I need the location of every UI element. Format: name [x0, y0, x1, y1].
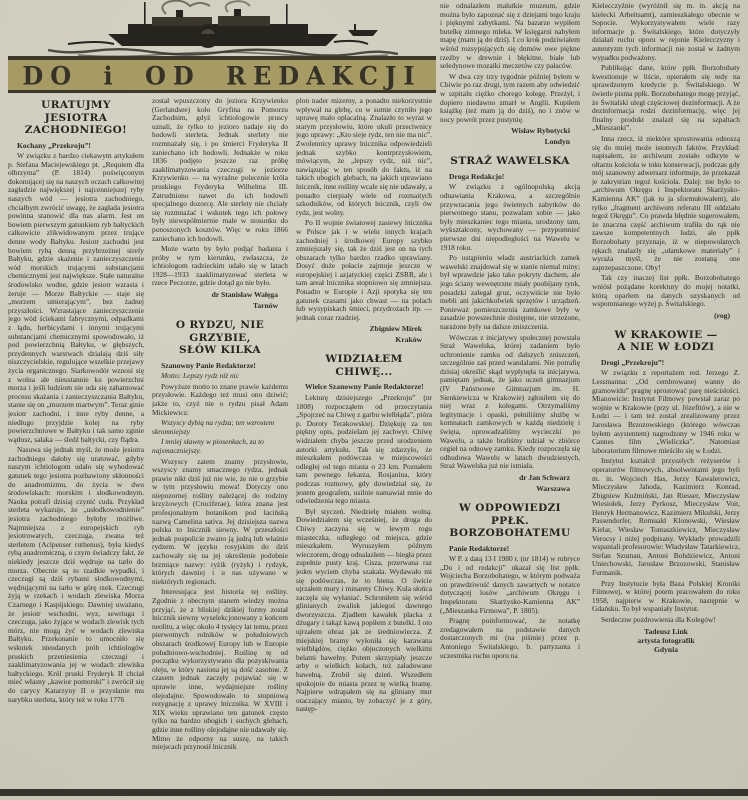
rydz-verse-line1: Wszyscy dybią na rydza; ten wzrostem skr… — [152, 419, 288, 436]
krakow-signature-title: artysta fotografik — [592, 636, 740, 645]
jesiotr-signature-name: dr Stanisław Wałęga — [152, 290, 288, 299]
article-title-borzobohaty-line2: BORZOBOHATEMU — [440, 527, 580, 540]
rydz-motto: Motto: Lepszy rydz niż nic — [152, 372, 288, 381]
article-title-jesiotr-line1: URATUJMY JESIOTRA — [8, 99, 144, 124]
borzobohaty-paragraph-2: Pragnę poinformować, że notatkę zredagow… — [440, 617, 580, 660]
straz-paragraph-3: Wówczas z inicjatywy społecznej powstała… — [440, 334, 580, 472]
borzobohaty-paragraph-4: Publikując dane, które ppłk Borzobohaty … — [592, 64, 740, 133]
rydz-signature-city: Kraków — [296, 335, 432, 344]
article-title-rydz-line1: O RYDZU, NIE GRZYBIE, — [152, 319, 288, 344]
article-title-krakow-line1: W KRAKOWIE — — [592, 329, 740, 342]
article-title-rydz-line2: SŁÓW KILKA — [152, 344, 288, 357]
column-1: URATUJMY JESIOTRA ZACHODNIEGO! Kochany „… — [8, 97, 144, 787]
masthead: DO i OD REDAKCJI — [8, 0, 436, 97]
jesiotr-signature-city: Tarnów — [152, 301, 288, 310]
chiwa-paragraph-4: W dwa czy trzy tygodnie później byłem w … — [440, 73, 580, 125]
krakow-signature-name: Tadeusz Link — [592, 627, 740, 636]
article-title-straz: STRAŻ WAWELSKA — [440, 155, 580, 168]
salutation-borzobohaty: Panie Redaktorze! — [440, 545, 580, 554]
krakow-paragraph-4: Serdeczne pozdrowienia dla Kolegów! — [592, 616, 740, 625]
krakow-paragraph-2: Instytut kształcił przyszłych reżyserów … — [592, 457, 740, 577]
chiwa-paragraph-3: nie odnalazłem malutkie muzeum, gdzie mo… — [440, 2, 580, 71]
column-3: plon nader mizerny, a ponadto niekorzyst… — [296, 97, 432, 787]
rydz-signature-name: Zbigniew Mirek — [296, 324, 432, 333]
steamship-engraving-icon — [48, 0, 398, 57]
borzobohaty-paragraph-6: Tak czy inaczej list ppłk. Borzobohatego… — [592, 274, 740, 308]
krakow-paragraph-3: Przy Instytucie była Baza Polskiej Kroni… — [592, 580, 740, 614]
borzobohaty-paragraph-1: W P. z datą 13 I 1980 r. (nr 1814) w rub… — [440, 555, 580, 615]
rydz-paragraph-2: Wszyscy zatem znamy przysłowie, wszyscy … — [152, 458, 288, 587]
rydz-paragraph-5: Po II wojnie światowej zasiewy lnicznika… — [296, 219, 432, 322]
chiwa-paragraph-2: Był styczeń. Niedzielę miałem wolną. Dow… — [296, 508, 432, 714]
borzobohaty-paragraph-3: Kielecczyźnie (wyróżnił się m. in. akcją… — [592, 2, 740, 62]
article-title-krakow-line2: A NIE W ŁODZI — [592, 341, 740, 354]
page-bottom-rule — [0, 789, 748, 796]
rydz-paragraph-1: Powyższe motto to znane prawie każdemu p… — [152, 383, 288, 417]
krakow-signature-city: Gdynia — [592, 645, 740, 654]
chiwa-paragraph-1: Lekturę dzisiejszego „Przekroju” (nr 180… — [296, 394, 432, 506]
column-4: nie odnalazłem malutkie muzeum, gdzie mo… — [440, 2, 580, 787]
salutation-chiwa: Wielce Szanowny Panie Redaktorze! — [296, 383, 432, 392]
salutation-rydz: Szanowny Panie Redaktorze! — [152, 362, 288, 371]
rydz-verse-line2: I mniej sławny w piosenkach, za to najsm… — [152, 438, 288, 455]
salutation-krakow: Drogi „Przekroju”! — [592, 359, 740, 368]
krakow-paragraph-1: W związku z reportażem red. Jerzego Z. L… — [592, 369, 740, 455]
jesiotr-paragraph-3: został wpuszczony do jeziora Krzywienko … — [152, 97, 288, 243]
section-title: DO i OD REDAKCJI — [22, 60, 421, 90]
straz-signature-city: Warszawa — [440, 484, 580, 493]
jesiotr-paragraph-1: W związku z bardzo ciekawym artykułem p.… — [8, 152, 144, 444]
salutation-straz: Droga Redakcjo! — [440, 173, 580, 182]
newspaper-page: DO i OD REDAKCJI URATUJMY JESIOTRA ZACHO… — [0, 0, 748, 800]
chiwa-signature-city: Londyn — [440, 137, 580, 146]
jesiotr-paragraph-4: Może warto by było podjąć badania i prób… — [152, 245, 288, 288]
rydz-paragraph-4: plon nader mizerny, a ponadto niekorzyst… — [296, 97, 432, 217]
borzobohaty-signature: (rog) — [592, 311, 740, 320]
section-banner: DO i OD REDAKCJI — [8, 56, 436, 93]
column-5: Kielecczyźnie (wyróżnił się m. in. akcją… — [592, 2, 740, 787]
straz-paragraph-2: Po ustąpieniu władz austriackich zamek w… — [440, 254, 580, 331]
article-title-chiwa: WIDZIAŁEM CHIWĘ... — [296, 353, 432, 378]
straz-paragraph-1: W związku z ogólnopolską akcją odnawiani… — [440, 183, 580, 252]
salutation-jesiotr: Kochany „Przekroju”! — [8, 142, 144, 151]
rydz-paragraph-3: Interesująca jest historia tej rośliny. … — [152, 588, 288, 751]
article-title-jesiotr-line2: ZACHODNIEGO! — [8, 124, 144, 137]
jesiotr-paragraph-2: Nasuwa się jednak myśl, że może jesiotra… — [8, 446, 144, 704]
column-2: został wpuszczony do jeziora Krzywienko … — [152, 97, 288, 787]
straz-signature-name: dr Jan Schwarz — [440, 473, 580, 482]
borzobohaty-paragraph-5: Inna rzecz, iż niektóre sprostowania odn… — [592, 135, 740, 273]
chiwa-signature-name: Wisław Rybotycki — [440, 126, 580, 135]
article-title-borzobohaty-line1: W ODPOWIEDZI PPŁK. — [440, 502, 580, 527]
